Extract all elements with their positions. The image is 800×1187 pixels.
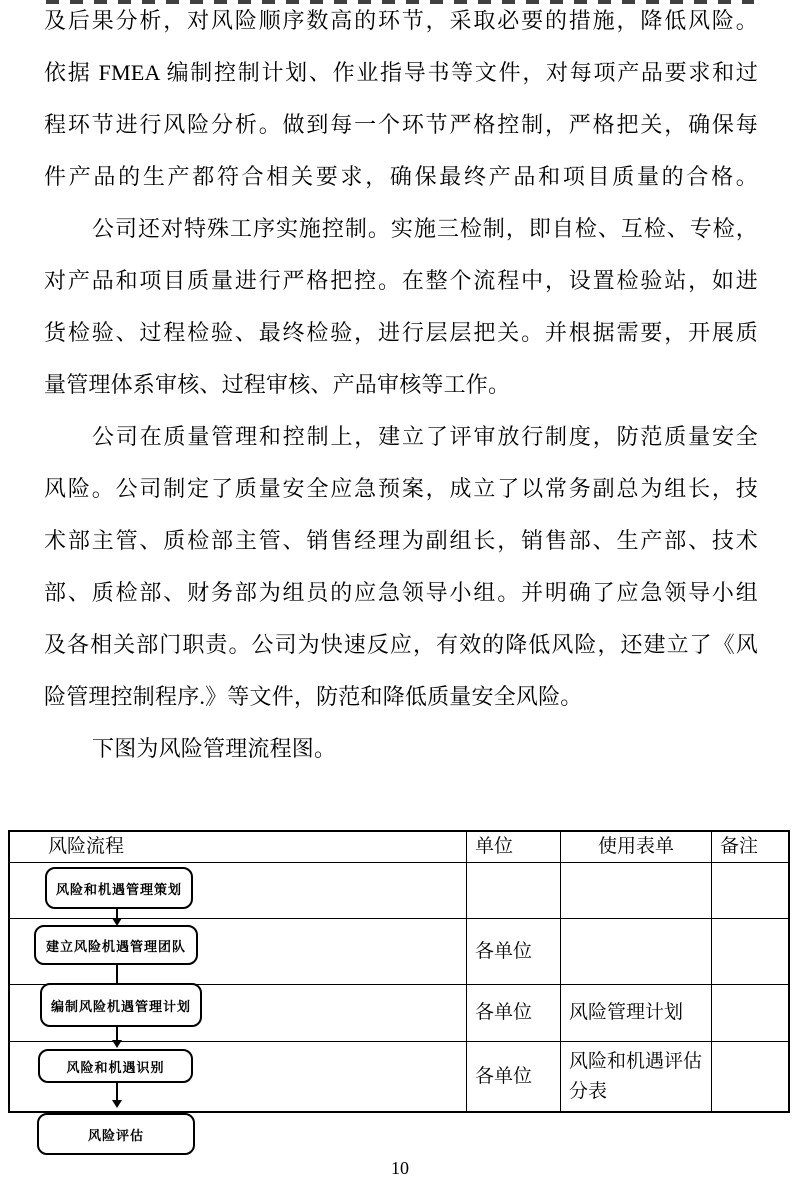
flow-connector-line bbox=[116, 1027, 118, 1041]
flow-step-risk-opportunity-planning: 风险和机遇管理策划 bbox=[45, 867, 193, 909]
body-line: 对产品和项目质量进行严格把控。在整个流程中，设置检验站，如进 bbox=[44, 255, 758, 307]
table-cell-form: 风险和机遇评估分表 bbox=[561, 1042, 712, 1111]
table-cell-form: 风险管理计划 bbox=[561, 985, 712, 1042]
table-cell-unit bbox=[467, 863, 561, 919]
body-line: 风险。公司制定了质量安全应急预案，成立了以常务副总为组长，技 bbox=[44, 463, 758, 515]
body-line: 量管理体系审核、过程审核、产品审核等工作。 bbox=[44, 359, 758, 411]
table-cell-note bbox=[712, 985, 788, 1042]
table-cell-unit: 各单位 bbox=[467, 1042, 561, 1111]
body-line: 险管理控制程序.》等文件，防范和降低质量安全风险。 bbox=[44, 671, 758, 723]
body-line: 公司在质量管理和控制上，建立了评审放行制度，防范质量安全 bbox=[44, 411, 758, 463]
body-text: 及后果分析，对风险顺序数高的环节，采取必要的措施，降低风险。 依据 FMEA 编… bbox=[44, 0, 758, 775]
table-cell-note bbox=[712, 1042, 788, 1111]
table-header-flow: 风险流程 bbox=[10, 832, 467, 863]
table-header-form: 使用表单 bbox=[561, 832, 712, 863]
table-cell-form-text: 风险和机遇评估分表 bbox=[569, 1047, 709, 1107]
table-cell-note bbox=[712, 863, 788, 919]
body-line: 公司还对特殊工序实施控制。实施三检制，即自检、互检、专检， bbox=[44, 203, 758, 255]
body-line: 术部主管、质检部主管、销售经理为副组长，销售部、生产部、技术 bbox=[44, 515, 758, 567]
document-page: 及后果分析，对风险顺序数高的环节，采取必要的措施，降低风险。 依据 FMEA 编… bbox=[0, 0, 800, 1187]
table-header-note: 备注 bbox=[712, 832, 788, 863]
table-cell-note bbox=[712, 919, 788, 985]
table-header-unit: 单位 bbox=[467, 832, 561, 863]
flow-connector-line bbox=[116, 1083, 118, 1101]
arrow-down-icon bbox=[112, 918, 122, 926]
flow-step-make-plan: 编制风险机遇管理计划 bbox=[40, 983, 202, 1027]
arrow-down-icon bbox=[112, 1040, 122, 1048]
body-line: 货检验、过程检验、最终检验，进行层层把关。并根据需要，开展质 bbox=[44, 307, 758, 359]
body-line: 下图为风险管理流程图。 bbox=[44, 723, 758, 775]
flow-connector-line bbox=[116, 965, 118, 983]
table-cell-unit: 各单位 bbox=[467, 985, 561, 1042]
table-cell-form bbox=[561, 863, 712, 919]
flow-step-assess: 风险评估 bbox=[37, 1113, 195, 1155]
body-line: 及后果分析，对风险顺序数高的环节，采取必要的措施，降低风险。 bbox=[44, 0, 758, 47]
arrow-down-icon bbox=[112, 1100, 122, 1108]
body-line: 及各相关部门职责。公司为快速反应，有效的降低风险，还建立了《风 bbox=[44, 619, 758, 671]
body-line: 程环节进行风险分析。做到每一个环节严格控制，严格把关，确保每 bbox=[44, 99, 758, 151]
body-line: 件产品的生产都符合相关要求，确保最终产品和项目质量的合格。 bbox=[44, 151, 758, 203]
flow-step-identify: 风险和机遇识别 bbox=[38, 1049, 193, 1083]
flow-step-build-team: 建立风险机遇管理团队 bbox=[34, 925, 198, 965]
body-line: 部、质检部、财务部为组员的应急领导小组。并明确了应急领导小组 bbox=[44, 567, 758, 619]
page-number: 10 bbox=[0, 1158, 800, 1179]
table-cell-form bbox=[561, 919, 712, 985]
body-line: 依据 FMEA 编制控制计划、作业指导书等文件，对每项产品要求和过 bbox=[44, 47, 758, 99]
table-cell-unit: 各单位 bbox=[467, 919, 561, 985]
